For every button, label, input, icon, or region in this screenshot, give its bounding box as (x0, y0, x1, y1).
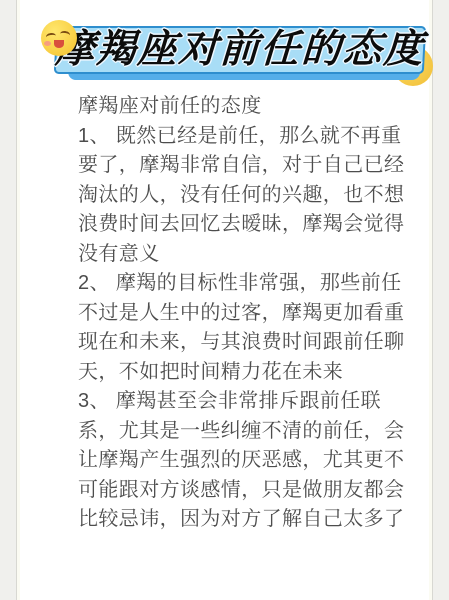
smiley-emoji-icon (41, 20, 77, 56)
banner-title: 摩羯座对前任的态度 (54, 29, 425, 71)
title-banner: 摩羯座对前任的态度 (55, 26, 425, 74)
banner-plate: 摩羯座对前任的态度 (54, 26, 427, 74)
article-heading: 摩羯座对前任的态度 (78, 92, 409, 122)
article-point-2: 2、 摩羯的目标性非常强，那些前任不过是人生中的过客，摩羯更加看重现在和未来，与… (78, 269, 409, 387)
page: 摩羯座对前任的态度 摩羯座对前任的态度 1、 既然已经是前任，那么就不再重要了，… (0, 0, 449, 600)
article-point-1: 1、 既然已经是前任，那么就不再重要了，摩羯非常自信，对于自己已经淘汰的人，没有… (78, 122, 409, 270)
emoji-mouth (54, 40, 64, 48)
article-body: 摩羯座对前任的态度 1、 既然已经是前任，那么就不再重要了，摩羯非常自信，对于自… (78, 92, 409, 535)
article-point-3: 3、 摩羯甚至会非常排斥跟前任联系，尤其是一些纠缠不清的前任，会让摩羯产生强烈的… (78, 387, 409, 535)
content-card: 摩羯座对前任的态度 摩羯座对前任的态度 1、 既然已经是前任，那么就不再重要了，… (16, 0, 433, 600)
emoji-cheek (44, 41, 51, 46)
emoji-right-eye (60, 30, 71, 38)
